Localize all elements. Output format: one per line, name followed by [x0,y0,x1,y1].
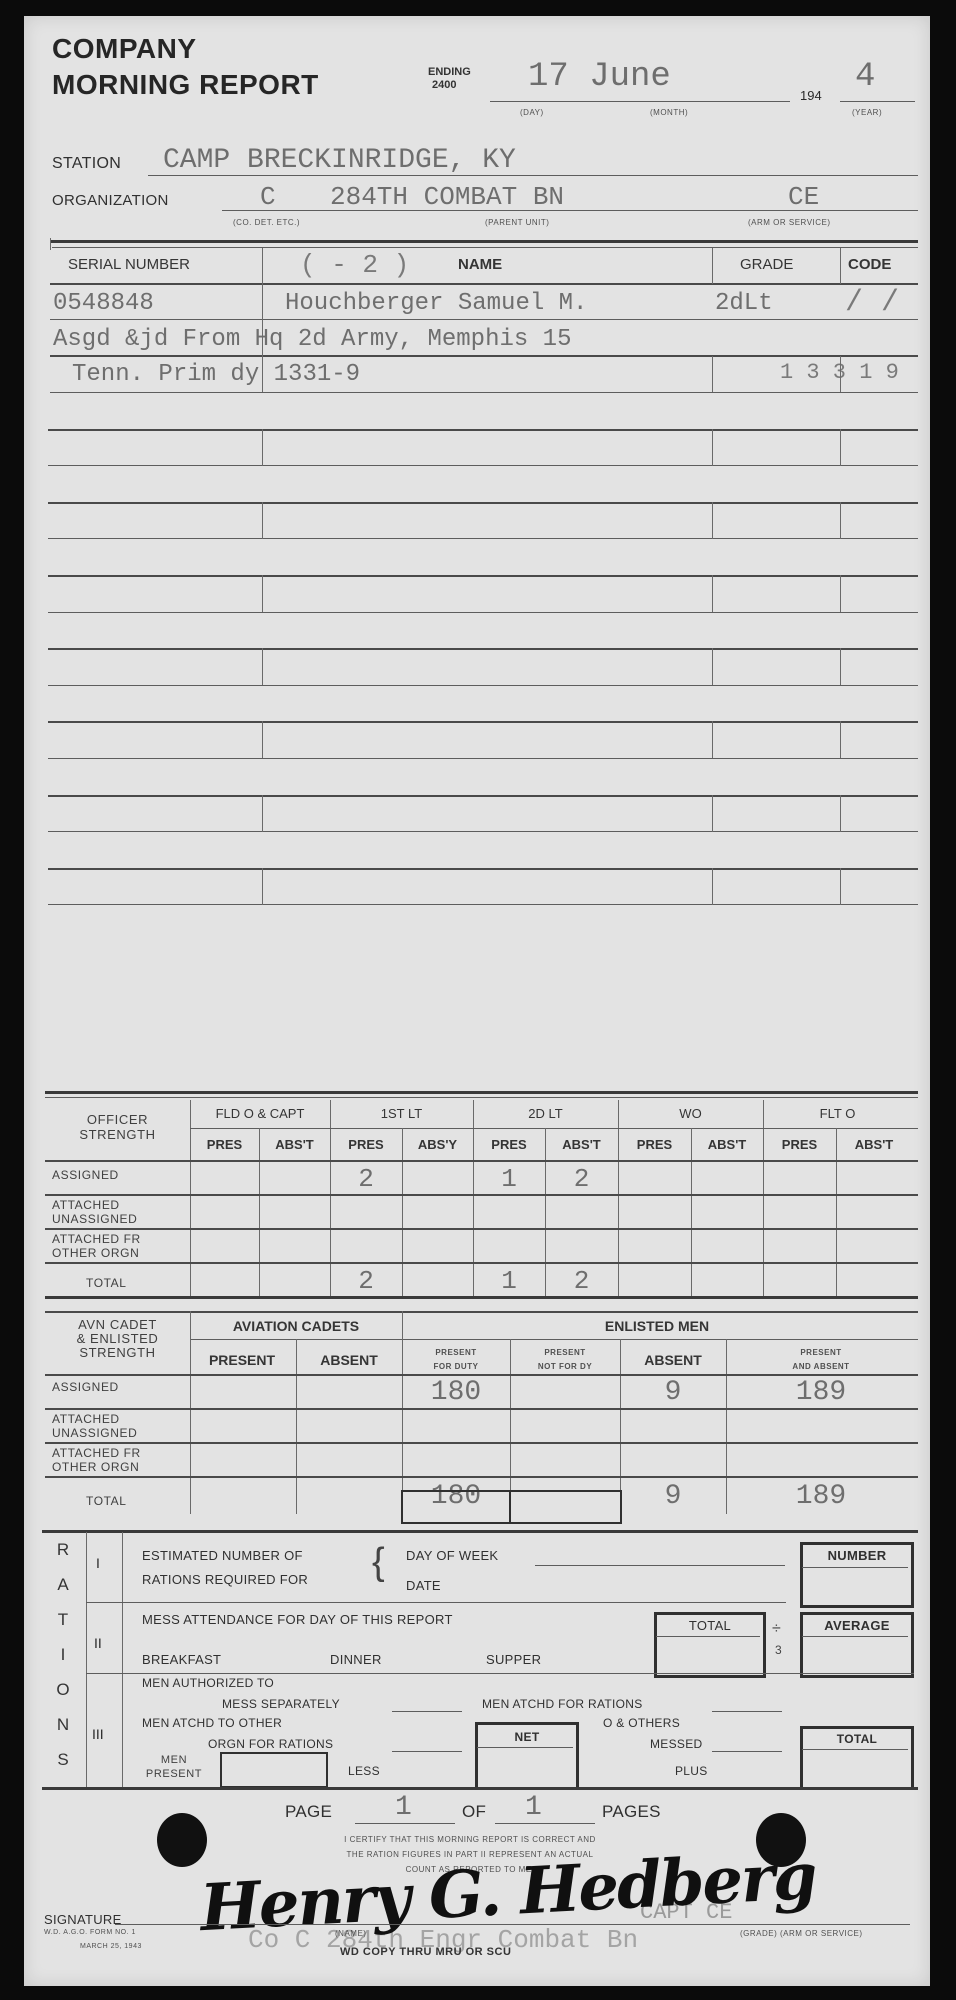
officer-cell[interactable]: 2 [330,1162,402,1192]
pnfd-header-2: NOT FOR DY [510,1360,620,1374]
enlisted-cell[interactable] [190,1444,296,1474]
blank-entry-row[interactable] [50,723,916,756]
enlisted-row-label: ATTACHED FR [52,1446,141,1460]
day-caption: (DAY) [520,108,544,117]
men-atchd-rations-label: MEN ATCHD FOR RATIONS [482,1697,643,1711]
officer-cell[interactable] [330,1230,402,1260]
entry-row-rule [48,831,918,832]
officer-top-rule [45,1091,918,1094]
arm-caption: (ARM OR SERVICE) [748,218,831,227]
officer-cell[interactable]: 1 [473,1162,545,1192]
entry-row-rule [48,758,918,759]
less-label: LESS [348,1764,380,1778]
entries-top-rule [50,240,918,243]
officer-cell[interactable] [763,1162,836,1192]
officer-group-header: FLT O [763,1106,912,1121]
em-absent-header: ABSENT [620,1352,726,1368]
pfd-header-1: PRESENT [402,1346,510,1360]
year-line [840,101,915,102]
organization-parent-unit: 284TH COMBAT BN [330,182,564,212]
officer-cell[interactable] [259,1264,330,1294]
blank-entry-row[interactable] [50,760,916,793]
officer-cell[interactable] [402,1264,473,1294]
rations-letter: N [50,1715,76,1735]
header-code: CODE [848,256,891,273]
enlisted-cell[interactable]: 189 [726,1376,916,1406]
enlisted-cell[interactable] [402,1444,510,1474]
blank-entry-row[interactable] [50,870,916,903]
officer-cell[interactable] [545,1230,618,1260]
blank-entry-row[interactable] [50,797,916,830]
rations-bottom-rule [42,1787,918,1790]
organization-company: C [260,182,276,212]
page-number: 1 [395,1792,412,1823]
officer-subcol-header: PRES [473,1137,545,1152]
station-line [148,175,918,176]
blank-entry-row[interactable] [50,504,916,537]
entry-serial: 0548848 [53,290,154,317]
organization-label: ORGANIZATION [52,192,169,209]
enlisted-row-label: ATTACHED [52,1412,137,1426]
form-title-line2: MORNING REPORT [52,70,319,100]
blank-entry-row[interactable] [50,833,916,866]
officer-group-header: 1ST LT [330,1106,473,1121]
header-name: NAME [458,256,502,273]
entry-row-rule [48,904,918,905]
blank-entry-row[interactable] [50,577,916,610]
entry-remark-line1: Asgd &jd From Hq 2d Army, Memphis 15 [53,326,571,353]
rations-letter: A [50,1575,76,1595]
officer-cell[interactable] [402,1230,473,1260]
officer-cell[interactable]: 1 [473,1264,545,1294]
pages-label: PAGES [602,1802,661,1822]
mess-attendance-title: MESS ATTENDANCE FOR DAY OF THIS REPORT [142,1612,453,1627]
enlisted-cell[interactable] [726,1410,916,1440]
enlisted-cell[interactable] [296,1478,402,1512]
officer-group-header: FLD O & CAPT [190,1106,330,1121]
mess-total-label: TOTAL [654,1618,766,1633]
total-pfd-box [401,1490,511,1524]
total-pnfd-box [509,1490,622,1524]
handwritten-note: ( - 2 ) [300,250,409,280]
total-pages: 1 [525,1792,542,1823]
officer-row-label: ATTACHED [52,1198,137,1212]
men-present-2: PRESENT [124,1767,224,1781]
certify-line-1: I CERTIFY THAT THIS MORNING REPORT IS CO… [250,1832,690,1847]
officer-cell[interactable] [618,1264,691,1294]
entry-row-rule [48,465,918,466]
organization-line [222,210,918,211]
officer-cell[interactable] [190,1196,259,1226]
form-title-line1: COMPANY [52,34,197,64]
mess-separately-field[interactable] [392,1711,462,1712]
officer-cell[interactable]: 2 [545,1162,618,1192]
entry-grade: 2dLt [715,290,773,317]
number-box-label: NUMBER [800,1548,914,1563]
date-label: DATE [406,1578,441,1593]
officer-strength-title-1: OFFICER [45,1112,190,1127]
enlisted-row-label-2: OTHER ORGN [52,1460,141,1474]
year-prefix: 194 [800,88,822,103]
enlisted-title-2: & ENLISTED [45,1332,190,1346]
date-line [490,101,790,102]
blank-entry-row[interactable] [50,614,916,647]
enlisted-cell[interactable] [620,1444,726,1474]
enlisted-title-3: STRENGTH [45,1346,190,1360]
station-label: STATION [52,155,121,173]
enlisted-cell[interactable] [296,1410,402,1440]
officer-cell[interactable] [836,1264,912,1294]
rations-total-label: TOTAL [800,1732,914,1746]
men-present-box[interactable] [220,1752,328,1788]
brace-icon: { [372,1542,385,1582]
enlisted-cell[interactable] [296,1444,402,1474]
blank-entry-row[interactable] [50,650,916,683]
o-others-1: O & OTHERS [603,1716,680,1730]
cadets-absent-header: ABSENT [296,1352,402,1368]
report-year: 4 [855,58,875,96]
officer-subcol-header: ABS'T [691,1137,763,1152]
officer-row-label: ASSIGNED [52,1168,119,1182]
breakfast-label: BREAKFAST [142,1652,221,1667]
officer-cell[interactable] [259,1230,330,1260]
divide-by: 3 [775,1643,782,1657]
pnfd-header-1: PRESENT [510,1346,620,1360]
officer-cell[interactable] [190,1264,259,1294]
grade-caption: (GRADE) (ARM OR SERVICE) [740,1929,863,1938]
form-id-1: W.D. A.G.O. FORM NO. 1 [44,1929,136,1936]
cadets-present-header: PRESENT [190,1352,294,1368]
enlisted-cell[interactable] [402,1410,510,1440]
rations-letter: O [50,1680,76,1700]
enlisted-cell[interactable] [296,1376,402,1406]
enlisted-men-header: ENLISTED MEN [402,1318,912,1334]
form-id-2: MARCH 25, 1943 [80,1943,142,1950]
officer-cell[interactable] [618,1196,691,1226]
aviation-cadets-header: AVIATION CADETS [190,1318,402,1334]
entry-row-rule [48,538,918,539]
officer-row-label: ATTACHED FR [52,1232,141,1246]
officer-strength-title-2: STRENGTH [45,1127,190,1142]
net-label: NET [475,1730,579,1744]
blank-entry-row[interactable] [50,687,916,720]
officer-cell[interactable] [836,1162,912,1192]
ending-time-label: 2400 [428,79,471,92]
rations-letter: S [50,1750,76,1770]
section-3-numeral: III [92,1726,104,1742]
enlisted-title-1: AVN CADET [45,1318,190,1332]
men-atchd-other-2: ORGN FOR RATIONS [208,1737,333,1751]
officer-subcol-header: PRES [330,1137,402,1152]
officer-cell[interactable] [763,1264,836,1294]
rations-letter: I [50,1645,76,1665]
enlisted-cell[interactable] [510,1376,620,1406]
officer-cell[interactable]: 2 [330,1264,402,1294]
header-grade: GRADE [740,256,793,273]
officer-cell[interactable] [330,1196,402,1226]
officer-cell[interactable] [259,1196,330,1226]
month-caption: (MONTH) [650,108,688,117]
pa-header-2: AND ABSENT [726,1360,916,1374]
day-of-week-label: DAY OF WEEK [406,1548,498,1563]
parent-caption: (PARENT UNIT) [485,218,549,227]
enlisted-row-label: TOTAL [86,1494,127,1508]
officer-cell[interactable] [691,1230,763,1260]
o-others-2: MESSED [650,1737,702,1751]
section-1-line-1: ESTIMATED NUMBER OF [142,1548,303,1563]
enlisted-cell[interactable]: 9 [620,1376,726,1406]
blank-entry-row[interactable] [50,394,916,427]
officer-cell[interactable]: 2 [545,1264,618,1294]
plus-label: PLUS [675,1764,708,1778]
officer-cell[interactable] [190,1162,259,1192]
officer-cell[interactable] [545,1196,618,1226]
page-label: PAGE [285,1802,332,1822]
enlisted-cell[interactable] [190,1376,296,1406]
officer-row-label: TOTAL [86,1276,127,1290]
officer-cell[interactable] [259,1162,330,1192]
officer-cell[interactable] [402,1162,473,1192]
officer-cell[interactable] [763,1196,836,1226]
enlisted-cell[interactable] [726,1444,916,1474]
officer-subcol-header: PRES [190,1137,259,1152]
report-date: 17 June [528,58,671,96]
atchd-other-field[interactable] [392,1751,462,1752]
officer-cell[interactable] [691,1196,763,1226]
blank-entry-row[interactable] [50,431,916,464]
officer-subcol-header: ABS'T [545,1137,618,1152]
rations-letter: T [50,1610,76,1630]
enlisted-cell[interactable] [510,1410,620,1440]
enlisted-cell[interactable]: 180 [402,1376,510,1406]
entry-remark-line2: Tenn. Prim dy 1331-9 [72,361,360,388]
men-authorized-2: MESS SEPARATELY [222,1697,340,1711]
enlisted-cell[interactable]: 9 [620,1478,726,1512]
officer-subcol-header: ABS'T [836,1137,912,1152]
entry-code: / / [845,286,899,320]
officer-subcol-header: PRES [618,1137,691,1152]
officer-cell[interactable] [763,1230,836,1260]
pa-header-1: PRESENT [726,1346,916,1360]
enlisted-cell[interactable] [620,1410,726,1440]
officer-cell[interactable] [473,1196,545,1226]
officer-cell[interactable] [473,1230,545,1260]
average-label: AVERAGE [800,1618,914,1633]
blank-entry-row[interactable] [50,467,916,500]
organization-arm: CE [788,182,819,212]
officer-cell[interactable] [190,1230,259,1260]
entry-name: Houchberger Samuel M. [285,290,587,317]
rations-letter: R [50,1540,76,1560]
enlisted-cell[interactable] [190,1410,296,1440]
officer-row-label-2: UNASSIGNED [52,1212,137,1226]
officer-cell[interactable] [836,1196,912,1226]
punch-hole-left [157,1813,207,1867]
officer-cell[interactable] [402,1196,473,1226]
officer-cell[interactable] [836,1230,912,1260]
officer-cell[interactable] [618,1162,691,1192]
station-value: CAMP BRECKINRIDGE, KY [163,145,516,176]
day-of-week-field[interactable] [535,1565,785,1566]
signature-line [115,1924,910,1925]
year-caption: (YEAR) [852,108,882,117]
of-label: OF [462,1802,486,1822]
officer-subcol-header: ABS'T [259,1137,330,1152]
men-present-1: MEN [124,1753,224,1767]
divide-icon: ÷ [772,1620,781,1638]
enlisted-cell[interactable] [510,1444,620,1474]
dinner-label: DINNER [330,1652,382,1667]
blank-entry-row[interactable] [50,540,916,573]
officer-row-label-2: OTHER ORGN [52,1246,141,1260]
pfd-header-2: FOR DUTY [402,1360,510,1374]
officer-group-header: 2D LT [473,1106,618,1121]
officer-group-header: WO [618,1106,763,1121]
officer-cell[interactable] [691,1162,763,1192]
ending-label: ENDING [428,66,471,79]
officer-cell[interactable] [691,1264,763,1294]
officer-subcol-header: PRES [763,1137,836,1152]
header-serial-number: SERIAL NUMBER [68,256,190,273]
enlisted-row-label: ASSIGNED [52,1380,119,1394]
o-others-field[interactable] [712,1751,782,1752]
entry-row-rule [48,685,918,686]
section-1-numeral: I [96,1555,100,1571]
enlisted-row-label-2: UNASSIGNED [52,1426,137,1440]
supper-label: SUPPER [486,1652,541,1667]
section-2-numeral: II [94,1635,102,1651]
company-caption: (CO. DET. ETC.) [233,218,300,227]
signature-label: SIGNATURE [44,1912,122,1927]
men-authorized-1: MEN AUTHORIZED TO [142,1676,274,1690]
officer-subcol-header: ABS'Y [402,1137,473,1152]
section-1-line-2: RATIONS REQUIRED FOR [142,1572,308,1587]
officer-cell[interactable] [618,1230,691,1260]
rations-top-rule [42,1530,918,1533]
name-caption: (NAME) [335,1929,366,1938]
men-atchd-other-1: MEN ATCHD TO OTHER [142,1716,282,1730]
routing-note: WD COPY THRU MRU OR SCU [340,1946,511,1958]
entry-row-rule [48,612,918,613]
enlisted-cell[interactable]: 189 [726,1478,916,1512]
enlisted-cell[interactable] [190,1478,296,1512]
men-atchd-rations-field[interactable] [712,1711,782,1712]
